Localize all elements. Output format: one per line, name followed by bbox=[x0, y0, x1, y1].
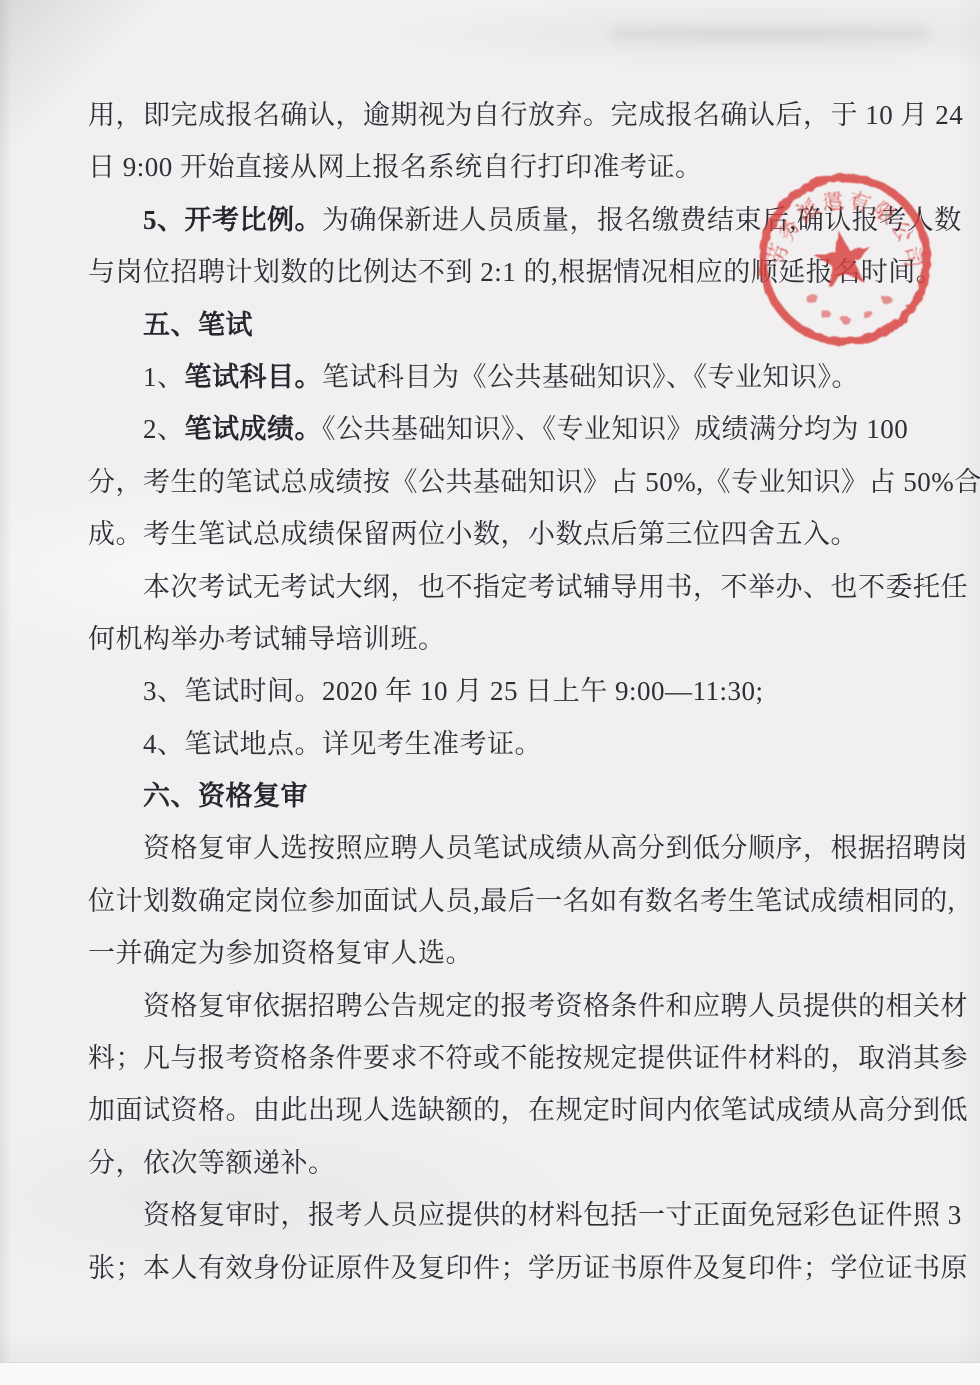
text-line: 一并确定为参加资格复审人选。 bbox=[88, 927, 903, 979]
text-line: 本次考试无考试大纲，也不指定考试辅导用书，不举办、也不委托任 bbox=[88, 561, 903, 613]
seal-star bbox=[813, 231, 870, 288]
scan-smudge bbox=[610, 27, 930, 41]
text-line: 分，考生的笔试总成绩按《公共基础知识》占 50%,《专业知识》占 50%合 bbox=[88, 456, 903, 508]
text-line: 加面试资格。由此出现人选缺额的，在规定时间内依笔试成绩从高分到低 bbox=[88, 1084, 903, 1136]
text-line: 资格复审依据招聘公告规定的报考资格条件和应聘人员提供的相关材 bbox=[88, 980, 903, 1032]
heading-section-6-qualification-review: 六、资格复审 bbox=[88, 770, 903, 822]
text-line: 用，即完成报名确认，逾期视为自行放弃。完成报名确认后，于 10 月 24 bbox=[88, 89, 903, 141]
text-line: 位计划数确定岗位参加面试人员,最后一名如有数名考生笔试成绩相同的, bbox=[88, 875, 903, 927]
text-line: 成。考生笔试总成绩保留两位小数，小数点后第三位四舍五入。 bbox=[88, 508, 903, 560]
clause-written-test-time: 3、笔试时间。2020 年 10 月 25 日上午 9:00—11:30; bbox=[88, 665, 903, 717]
official-seal-stamp: 劳务派遣有限公司 bbox=[753, 165, 937, 349]
text-line: 料；凡与报考资格条件要求不符或不能按规定提供证件材料的，取消其参 bbox=[88, 1032, 903, 1084]
text-line: 何机构举办考试辅导培训班。 bbox=[88, 613, 903, 665]
clause-written-test-location: 4、笔试地点。详见考生准考证。 bbox=[88, 718, 903, 770]
clause-written-test-score: 2、笔试成绩。《公共基础知识》、《专业知识》成绩满分均为 100 bbox=[88, 403, 903, 455]
text-line: 资格复审时，报考人员应提供的材料包括一寸正面免冠彩色证件照 3 bbox=[88, 1189, 903, 1241]
seal-texture-marks bbox=[806, 294, 892, 324]
text-line: 分，依次等额递补。 bbox=[88, 1137, 903, 1189]
text-line: 张；本人有效身份证原件及复印件；学历证书原件及复印件；学位证书原 bbox=[88, 1242, 903, 1294]
clause-written-test-subjects: 1、笔试科目。笔试科目为《公共基础知识》、《专业知识》。 bbox=[88, 351, 903, 403]
scanner-edge bbox=[0, 1362, 980, 1385]
text-line: 资格复审人选按照应聘人员笔试成绩从高分到低分顺序，根据招聘岗 bbox=[88, 822, 903, 874]
